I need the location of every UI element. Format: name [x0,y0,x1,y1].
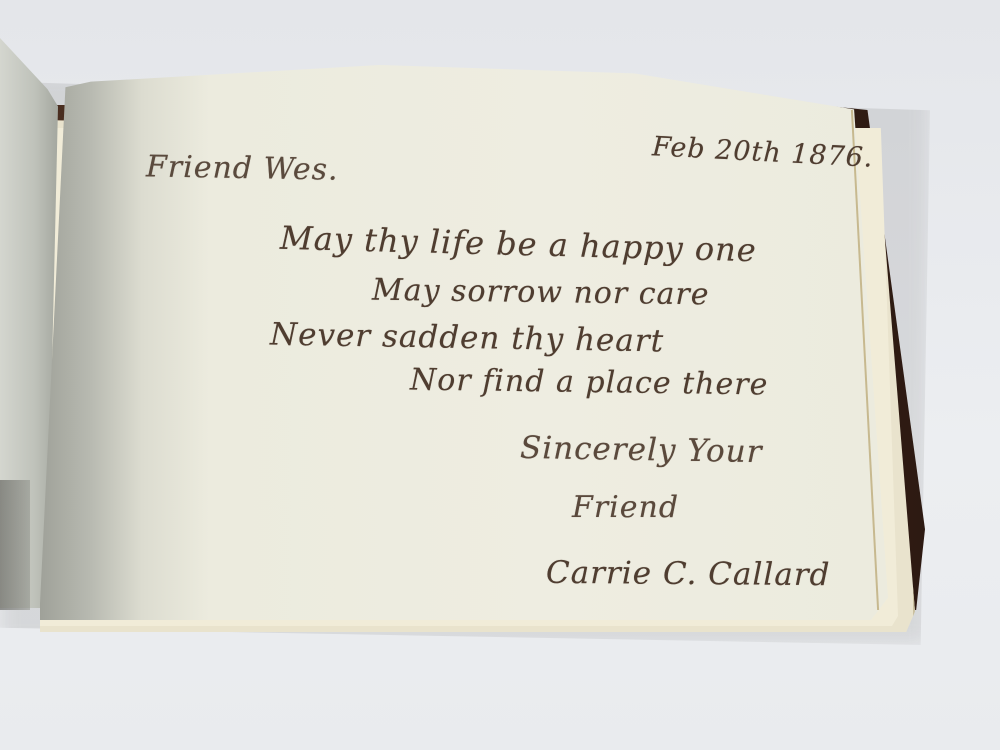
closing-friend: Friend [572,490,679,525]
verse-line-3: Never sadden thy heart [270,317,665,360]
inscription-salutation: Friend Wes. [146,149,339,187]
closing-line: Sincerely Your [520,430,763,470]
left-page-shadow [0,480,30,610]
signature: Carrie C. Callard [546,555,831,593]
verse-line-4: Nor find a place there [410,362,769,402]
verse-line-2: May sorrow nor care [372,273,710,313]
photo-scene: Feb 20th 1876. Friend Wes. May thy life … [0,0,1000,750]
